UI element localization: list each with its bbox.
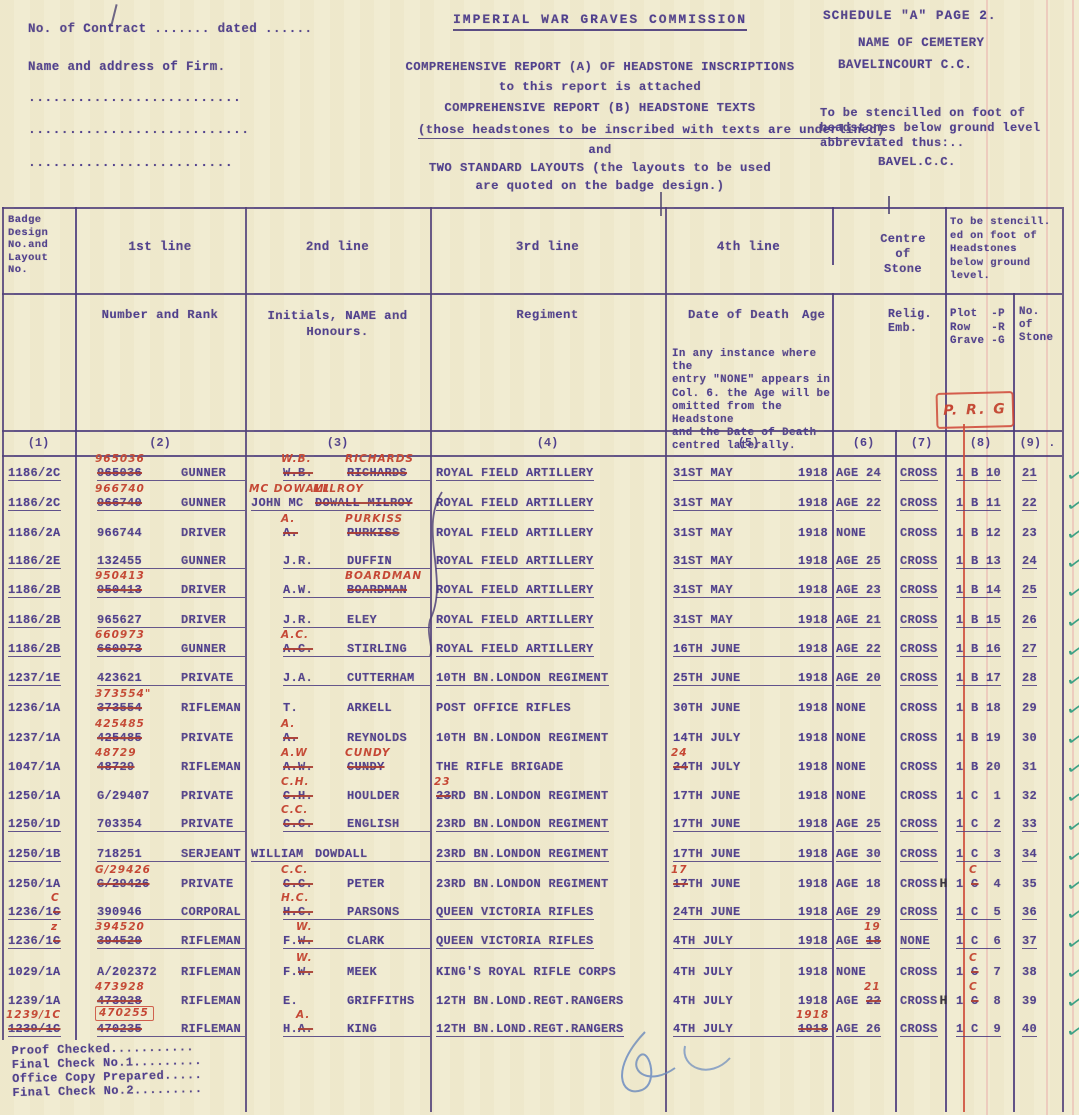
typed-entry: DOWALL MILROYMILROY [315,496,413,510]
red-correction: 394520 [95,922,145,932]
typed-text: H. [283,1022,298,1036]
badge-cell: 1250/1D [2,806,75,835]
typed-text: TH JULY [688,760,741,774]
typed-text: CROSS [900,642,938,656]
plot-row-grave-cell: 1 CC 4 [948,865,1013,894]
typed-entry: CROSS [900,994,938,1008]
typed-entry: KING [347,1022,377,1036]
stone-number-cell: 26✓ [1013,601,1062,630]
stone-number-cell: 30✓ [1013,718,1062,747]
checkmark-icon: ✓ [1064,787,1079,810]
typed-text: CROSS [900,1022,938,1036]
number-rank-cell: 132455GUNNER [75,543,245,572]
col-number: (8) [948,430,1013,455]
schedule-page-label: SCHEDULE "A" PAGE 2. [823,8,997,23]
col-number: (7) [895,430,948,455]
header-regiment: Regiment [432,308,663,322]
badge-cell: 1186/2B [2,631,75,660]
header-4th-line: 4th line [667,240,830,254]
stone-number-cell: 31✓ [1013,748,1062,777]
typed-entry: 17TH JUNE [673,789,741,803]
typed-entry: CROSS [900,965,938,979]
red-correction: RICHARDS [345,454,414,464]
typed-entry: WILLIAM [251,847,304,861]
struck-text: CC [53,905,61,919]
badge-cell: 1250/1B [2,835,75,864]
stencil-abbreviation: BAVEL.C.C. [878,155,956,169]
struck-text: Cz [53,934,61,948]
typed-text: AGE 25 [836,554,881,568]
typed-text: CROSS [900,731,938,745]
typed-text: 1918 [798,994,828,1008]
typed-text: E. [283,994,298,1008]
stone-number-cell: 25✓ [1013,572,1062,601]
religious-emblem-cell: CROSS [895,601,948,630]
typed-text: 1 [956,994,971,1008]
rank-text: RIFLEMAN [181,965,241,979]
typed-text: 12TH BN.LOND.REGT.RANGERS [436,994,624,1008]
typed-text: POST OFFICE RIFLES [436,701,571,715]
typed-entry: 17TH JUNE [673,817,741,831]
typed-text: 1918 [798,965,828,979]
regiment-cell: QUEEN VICTORIA RIFLES [430,894,665,923]
typed-entry: HOULDER [347,789,400,803]
typed-entry: 1918 [798,789,828,803]
typed-text: 17TH JUNE [673,789,741,803]
dotted-line: ........................... [28,122,249,137]
typed-text: NONE [836,731,866,745]
religious-emblem-cell: CROSS [895,748,948,777]
rank-text: DRIVER [181,526,226,540]
badge-cell: 1186/2B [2,601,75,630]
rank-text: PRIVATE [181,817,234,831]
typed-entry: AGE 22 [836,496,881,510]
typed-text: 7 [979,965,1002,979]
age-cell: NONE [832,514,895,543]
date-of-death-cell: 4TH JULY1918 [665,952,832,981]
typed-entry: MC DOWALLJOHN MC [251,496,304,510]
struck-text: 950413950413 [97,583,142,597]
struck-text: 1717 [673,877,688,891]
stone-number: 36 [1022,905,1037,920]
typed-text: DUFFIN [347,554,392,568]
red-correction: G/29426 [95,865,151,875]
typed-entry: 1 C 1 [956,789,1001,803]
struck-text: W.B.W.B. [283,466,313,480]
plot-row-grave-annotation: P. R. G [936,391,1015,429]
age-cell: AGE 22 [832,631,895,660]
struck-text: 425485425485 [97,731,142,745]
typed-text: KING'S ROYAL RIFLE CORPS [436,965,616,979]
religious-emblem-cell: CROSS [895,631,948,660]
table-row: 1029/1AA/202372RIFLEMANF.W.W.MEEKKING'S … [2,952,1062,981]
typed-text: 31ST MAY [673,526,733,540]
table-border-line [2,293,1062,295]
typed-text: 1918 [798,760,828,774]
typed-entry: 30TH JUNE [673,701,741,715]
typed-entry: 1186/2C [8,496,61,510]
struck-text: C.C.C.C. [283,877,313,891]
typed-text: 4TH JULY [673,994,733,1008]
typed-entry: POST OFFICE RIFLES [436,701,571,715]
typed-text: NONE [836,701,866,715]
typed-text: CROSS [900,583,938,597]
number-rank-cell: 390946CORPORAL [75,894,245,923]
date-of-death-cell: 16TH JUNE1918 [665,631,832,660]
table-row: 1186/2B950413950413DRIVERA.W.BOARDMANBOA… [2,572,1062,601]
typed-entry: CROSS [900,789,938,803]
checkmark-icon: ✓ [1064,904,1079,927]
badge-cell: 1250/1A [2,777,75,806]
typed-text: 1918 [798,701,828,715]
struck-text: 19181918 [798,1022,828,1036]
religious-emblem-cell: CROSS [895,455,948,484]
regiment-cell: KING'S ROYAL RIFLE CORPS [430,952,665,981]
badge-cell: 1236/1CC [2,894,75,923]
checkmark-icon: ✓ [1064,1021,1079,1044]
layouts-line-1: TWO STANDARD LAYOUTS (the layouts to be … [360,161,840,175]
red-correction: 950413 [95,571,145,581]
typed-entry: 1918 [798,613,828,627]
typed-text: CROSS [900,994,938,1008]
typed-entry: NONE [836,760,866,774]
checkmark-icon: ✓ [1064,553,1079,576]
struck-text: 966740966740 [97,496,142,510]
red-correction: 23 [434,777,451,787]
typed-entry: 1918 [798,760,828,774]
red-correction: C [969,865,978,875]
number-rank-cell: 470235470255RIFLEMAN [75,1011,245,1040]
stone-number: 34 [1022,847,1037,862]
stone-number-cell: 32✓ [1013,777,1062,806]
table-row: 1186/2B660973660973GUNNERA.C.A.C.STIRLIN… [2,631,1062,660]
checkmark-icon: ✓ [1064,582,1079,605]
insertion-curve-mark [400,490,470,660]
age-cell: NONE [832,718,895,747]
typed-entry: DUFFIN [347,554,392,568]
typed-text: 1918 [798,526,828,540]
typed-entry: 1918 [798,847,828,861]
number-rank-cell: 373554373554"RIFLEMAN [75,689,245,718]
typed-entry: CROSS [900,847,938,861]
typed-text: AGE 29 [836,905,881,919]
typed-entry: CROSS [900,671,938,685]
plot-row-grave-cell: 1 B 18 [948,689,1013,718]
and-line: and [360,143,840,157]
red-correction: 17 [671,865,688,875]
typed-entry: 1239/1A [8,994,61,1008]
typed-text: AGE 20 [836,671,881,685]
cemetery-name: BAVELINCOURT C.C. [838,58,972,72]
typed-text: 1250/1B [8,847,61,861]
typed-entry: 23RD BN.LONDON REGIMENT [436,847,609,861]
typed-entry: 1239/1C1239/1C [8,1022,61,1036]
typed-entry: 1236/1Cz [8,934,61,948]
typed-text: 4TH JULY [673,934,733,948]
typed-text: ROYAL FIELD ARTILLERY [436,466,594,480]
typed-text: CROSS [900,496,938,510]
checkmark-icon: ✓ [1064,699,1079,722]
struck-text: 965036965036 [97,466,142,480]
typed-text: 1918 [798,671,828,685]
date-of-death-cell: 4TH JULY1918 [665,982,832,1011]
plot-row-grave-cell: 1 B 17 [948,660,1013,689]
name-cell: F.W.W.MEEK [245,952,430,981]
layouts-line-2: are quoted on the badge design.) [360,179,840,193]
typed-text: 1250/1A [8,789,61,803]
red-correction: 24 [671,748,688,758]
struck-text: CC [971,994,979,1008]
header-3rd-line: 3rd line [432,240,663,254]
religious-emblem-cell: CROSS [895,514,948,543]
typed-entry: 24TH JUNE [673,905,741,919]
typed-text: AGE 23 [836,583,881,597]
dotted-line: .......................... [28,90,241,105]
typed-entry: CROSS [900,1022,938,1036]
red-correction: 425485 [95,719,145,729]
plot-row-grave-cell: 1 B 20 [948,748,1013,777]
stone-number: 22 [1022,496,1037,511]
struck-text: 660973660973 [97,642,142,656]
header-stencil-col: To be stencill. ed on foot of Headstones… [950,216,1070,284]
typed-text: 30TH JUNE [673,701,741,715]
typed-entry: 1918 [798,583,828,597]
typed-text: 1918 [798,847,828,861]
typed-text: 1047/1A [8,760,61,774]
number-rank-cell: 718251SERJEANT [75,835,245,864]
typed-text: CROSS [900,905,938,919]
typed-text: 1186/2A [8,526,61,540]
typed-text: 23RD BN.LONDON REGIMENT [436,877,609,891]
typed-entry: 1 B 10 [956,466,1001,480]
typed-text: NONE [836,526,866,540]
badge-cell: 1047/1A [2,748,75,777]
typed-entry: AGE 25 [836,817,881,831]
typed-text: NONE [900,934,930,948]
typed-entry: A.A. [283,731,298,745]
typed-entry: A.W.A.W [283,760,313,774]
typed-text: 16TH JUNE [673,642,741,656]
typed-entry: AGE 25 [836,554,881,568]
typed-entry: NONE [836,526,866,540]
typed-entry: 31ST MAY [673,613,733,627]
typed-text: 1250/1D [8,817,61,831]
header-2nd-line: 2nd line [247,240,428,254]
typed-entry: 31ST MAY [673,496,733,510]
checkmark-icon: ✓ [1064,757,1079,780]
typed-entry: 703354 [97,817,142,831]
stone-number-cell: 23✓ [1013,514,1062,543]
typed-entry: CROSS [900,554,938,568]
typed-entry: ARKELL [347,701,392,715]
stone-number: 26 [1022,613,1037,628]
religious-emblem-cell: CROSS [895,689,948,718]
typed-text: 1918 [798,466,828,480]
number-rank-cell: G/29407PRIVATE [75,777,245,806]
age-cell: AGE 20 [832,660,895,689]
typed-entry: 1029/1A [8,965,61,979]
plot-row-grave-cell: 1 B 13 [948,543,1013,572]
table-border-line [832,207,834,265]
regiment-cell: POST OFFICE RIFLES [430,689,665,718]
struck-text: H.C.H.C. [283,905,313,919]
typed-text: CROSS [900,847,938,861]
typed-text: CROSS [900,526,938,540]
typed-entry: PETER [347,877,385,891]
h-pen-mark: H [940,876,948,891]
typed-entry: CROSS [900,877,938,891]
red-correction: A. [281,719,295,729]
name-cell: A.W.A.WCUNDYCUNDY [245,748,430,777]
stone-number-cell: 35✓ [1013,865,1062,894]
typed-entry: CROSS [900,496,938,510]
typed-entry: 1237/1E [8,671,61,685]
struck-text: 4872948729 [97,760,135,774]
schedule-table-body: 1186/2C965036965036GUNNERW.B.W.B.RICHARD… [2,455,1062,1040]
plot-row-grave-cell: 1 C 9 [948,1011,1013,1040]
typed-entry: 1918 [798,496,828,510]
red-correction: 966740 [95,484,145,494]
typed-entry: AGE 26 [836,1022,881,1036]
typed-entry: 10TH BN.LONDON REGIMENT [436,731,609,745]
typed-entry: 2323RD BN.LONDON REGIMENT [436,789,609,803]
typed-text: 1918 [798,642,828,656]
checkmark-icon: ✓ [1064,494,1079,517]
typed-entry: 12TH BN.LOND.REGT.RANGERS [436,994,624,1008]
typed-entry: 132455 [97,554,142,568]
number-rank-cell: 966744DRIVER [75,514,245,543]
plot-row-grave-cell: 1 B 12 [948,514,1013,543]
typed-entry: 394520394520 [97,934,142,948]
typed-entry: 1237/1A [8,731,61,745]
typed-text: CROSS [900,613,938,627]
table-row: 1186/2A966744DRIVERA.A.PURKISSPURKISSROY… [2,514,1062,543]
red-correction: 373554" [95,689,151,699]
typed-text: AGE 26 [836,1022,881,1036]
typed-entry: 1918 [798,671,828,685]
typed-text: 31ST MAY [673,466,733,480]
typed-entry: CROSS [900,731,938,745]
col-number: (3) [245,430,430,455]
typed-text: AGE [836,934,866,948]
regiment-cell: THE RIFLE BRIGADE [430,748,665,777]
religious-emblem-cell: CROSS [895,660,948,689]
typed-text: CROSS [900,466,938,480]
final-check-2-line: Final Check No.2......... [12,1082,202,1100]
typed-entry: 1250/1B [8,847,61,861]
number-rank-cell: 965036965036GUNNER [75,455,245,484]
table-row: 1236/1A373554373554"RIFLEMANT.ARKELLPOST… [2,689,1062,718]
stone-number: 32 [1022,789,1037,803]
typed-entry: BOARDMANBOARDMAN [347,583,407,597]
typed-entry: 1236/1A [8,701,61,715]
typed-text: THE RIFLE BRIGADE [436,760,564,774]
typed-entry: 1047/1A [8,760,61,774]
date-of-death-cell: 17TH JUNE1918 [665,806,832,835]
document-title: IMPERIAL WAR GRAVES COMMISSION [380,12,820,27]
table-row: 1250/1B718251SERJEANTWILLIAMDOWDALL23RD … [2,835,1062,864]
age-cell: AGE 2221 [832,982,895,1011]
stone-number: 25 [1022,583,1037,598]
typed-entry: 10TH BN.LONDON REGIMENT [436,671,609,685]
rank-text: PRIVATE [181,789,234,803]
date-of-death-cell: 17TH JUNE1918 [665,835,832,864]
stone-number: 37 [1022,934,1037,949]
red-correction: 470255 [95,1006,154,1021]
stone-number: 33 [1022,817,1037,832]
column-numbers-row: (1) (2) (3) (4) (5) (6) (7) (8) (9) . [2,430,1062,455]
typed-entry: RICHARDSRICHARDS [347,466,407,480]
typed-text: 966744 [97,526,142,540]
table-row: 1250/1D703354PRIVATEC.C.C.C.ENGLISH23RD … [2,806,1062,835]
struck-text: 373554373554" [97,701,142,715]
typed-text: AGE 22 [836,496,881,510]
typed-entry: T. [283,701,298,715]
typed-entry: 1186/2B [8,613,61,627]
age-cell: AGE 26 [832,1011,895,1040]
typed-entry: THE RIFLE BRIGADE [436,760,564,774]
red-correction: C [51,893,60,903]
typed-entry: A.W. [283,583,313,597]
stone-number-cell: 38✓ [1013,952,1062,981]
typed-text: NONE [836,760,866,774]
typed-text: AGE 25 [836,817,881,831]
religious-emblem-cell: NONE [895,923,948,952]
typed-text: CLARK [347,934,385,948]
header-age: Age [802,308,825,322]
typed-text: 1 C 1 [956,789,1001,803]
typed-text: 1186/2E [8,554,61,568]
stone-number-cell: 34✓ [1013,835,1062,864]
typed-text: 23RD BN.LONDON REGIMENT [436,817,609,831]
typed-entry: AGE 23 [836,583,881,597]
typed-entry: 16TH JUNE [673,642,741,656]
date-of-death-cell: 30TH JUNE1918 [665,689,832,718]
religious-emblem-cell: CROSS [895,572,948,601]
red-correction: 1918 [796,1010,829,1020]
plot-row-grave-cell: 1 B 10 [948,455,1013,484]
typed-text: 4TH JULY [673,965,733,979]
typed-entry: 1918 [798,965,828,979]
typed-text: NONE [836,965,866,979]
typed-text: 10TH BN.LONDON REGIMENT [436,731,609,745]
typed-text: 1186/2B [8,642,61,656]
checkmark-icon: ✓ [1064,845,1079,868]
typed-text: 1 B 15 [956,613,1001,627]
struck-text: 470235470255 [97,1022,142,1036]
typed-entry: 373554373554" [97,701,142,715]
stone-number-cell: 40✓ [1013,1011,1062,1040]
typed-text: AGE 18 [836,877,881,891]
typed-entry: 1 B 20 [956,760,1001,774]
typed-entry: 965627 [97,613,142,627]
typed-entry: CROSS [900,642,938,656]
typed-entry: 1 C 3 [956,847,1001,861]
typed-text: 31ST MAY [673,583,733,597]
typed-text: JOHN MC [251,496,304,510]
date-of-death-cell: 31ST MAY1918 [665,572,832,601]
name-cell: E.GRIFFITHS [245,982,430,1011]
typed-text: 1029/1A [8,965,61,979]
typed-text: 1 B 14 [956,583,1001,597]
typed-entry: 14TH JULY [673,731,741,745]
red-correction: z [51,922,58,932]
typed-text: 1237/1A [8,731,61,745]
rank-text: DRIVER [181,583,226,597]
typed-entry: 1 CC 4 [956,877,1001,891]
age-cell: AGE 30 [832,835,895,864]
rank-text: DRIVER [181,613,226,627]
